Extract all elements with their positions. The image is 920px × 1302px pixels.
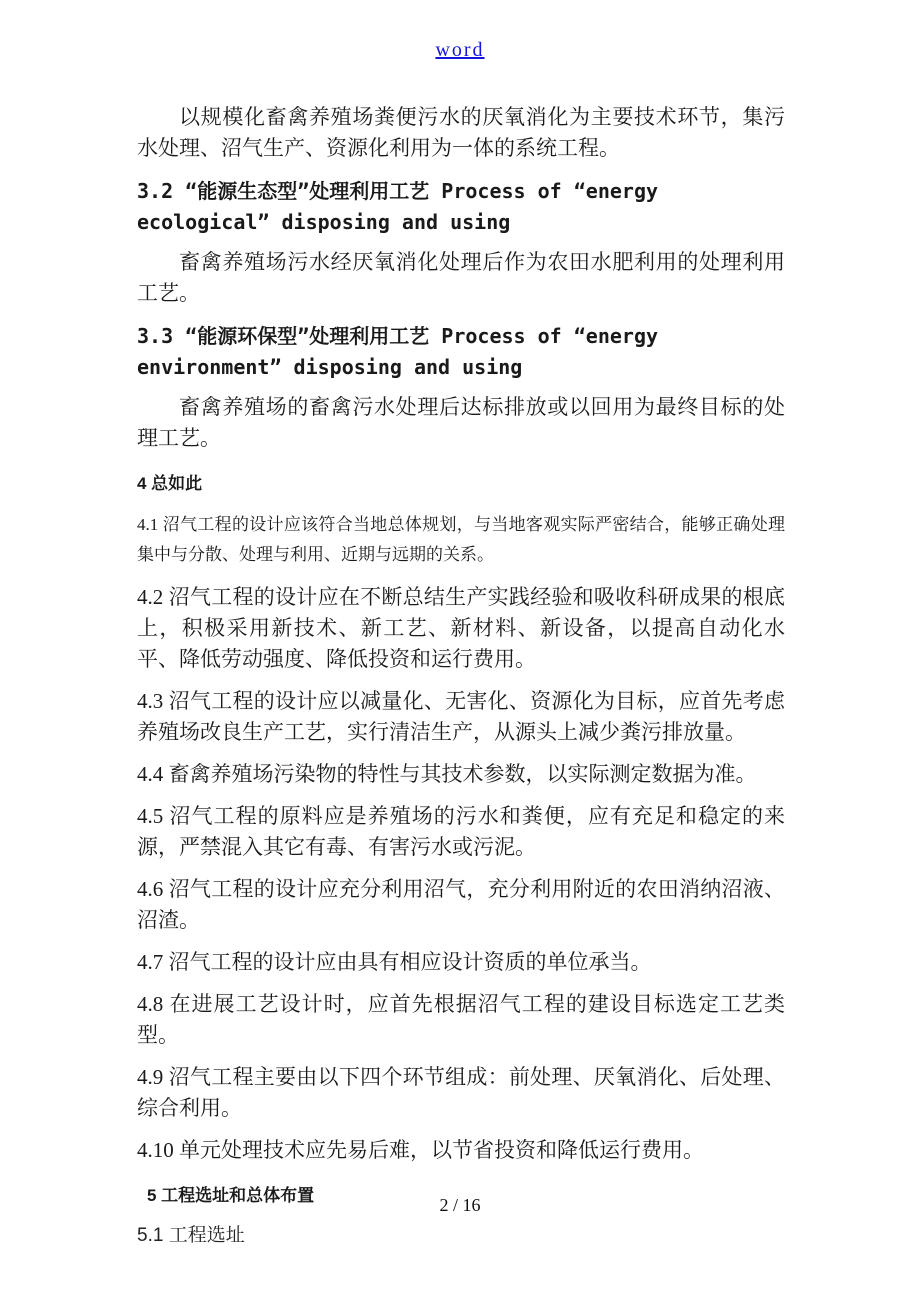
clause-4-3: 4.3 沼气工程的设计应以减量化、无害化、资源化为目标，应首先考虑养殖场改良生产… [137, 686, 785, 748]
clause-4-1: 4.1 沼气工程的设计应该符合当地总体规划，与当地客观实际严密结合，能够正确处理… [137, 510, 785, 570]
paragraph-3-3-body: 畜禽养殖场的畜禽污水处理后达标排放或以回用为最终目标的处理工艺。 [137, 392, 785, 454]
clause-4-2: 4.2 沼气工程的设计应在不断总结生产实践经验和吸收科研成果的根底上，积极采用新… [137, 582, 785, 675]
document-body: 以规模化畜禽养殖场粪便污水的厌氧消化为主要技术环节，集污水处理、沼气生产、资源化… [137, 102, 785, 1250]
clause-4-6: 4.6 沼气工程的设计应充分利用沼气，充分利用附近的农田消纳沼液、沼渣。 [137, 874, 785, 936]
heading-3-2: 3.2 “能源生态型”处理利用工艺 Process of “energy eco… [137, 176, 785, 238]
paragraph-3-1-body: 以规模化畜禽养殖场粪便污水的厌氧消化为主要技术环节，集污水处理、沼气生产、资源化… [137, 102, 785, 164]
clause-4-4: 4.4 畜禽养殖场污染物的特性与其技术参数，以实际测定数据为准。 [137, 759, 785, 790]
clause-4-9: 4.9 沼气工程主要由以下四个环节组成：前处理、厌氧消化、后处理、综合利用。 [137, 1062, 785, 1124]
page-number-footer: 2 / 16 [0, 1193, 920, 1217]
page-number: 2 / 16 [439, 1195, 480, 1215]
heading-3-3: 3.3 “能源环保型”处理利用工艺 Process of “energy env… [137, 321, 785, 383]
clause-4-7: 4.7 沼气工程的设计应由具有相应设计资质的单位承当。 [137, 947, 785, 978]
paragraph-3-2-body: 畜禽养殖场污水经厌氧消化处理后作为农田水肥利用的处理利用工艺。 [137, 247, 785, 309]
heading-4: 4 总如此 [137, 470, 785, 498]
word-header-link[interactable]: word [435, 39, 484, 61]
clause-4-10: 4.10 单元处理技术应先易后难，以节省投资和降低运行费用。 [137, 1135, 785, 1166]
document-page: word 以规模化畜禽养殖场粪便污水的厌氧消化为主要技术环节，集污水处理、沼气生… [0, 0, 920, 1302]
document-header: word [0, 0, 920, 62]
clause-4-8: 4.8 在进展工艺设计时，应首先根据沼气工程的建设目标选定工艺类型。 [137, 989, 785, 1051]
clause-4-5: 4.5 沼气工程的原料应是养殖场的污水和粪便，应有充足和稳定的来源，严禁混入其它… [137, 801, 785, 863]
heading-5-1: 5.1 工程选址 [137, 1222, 785, 1250]
